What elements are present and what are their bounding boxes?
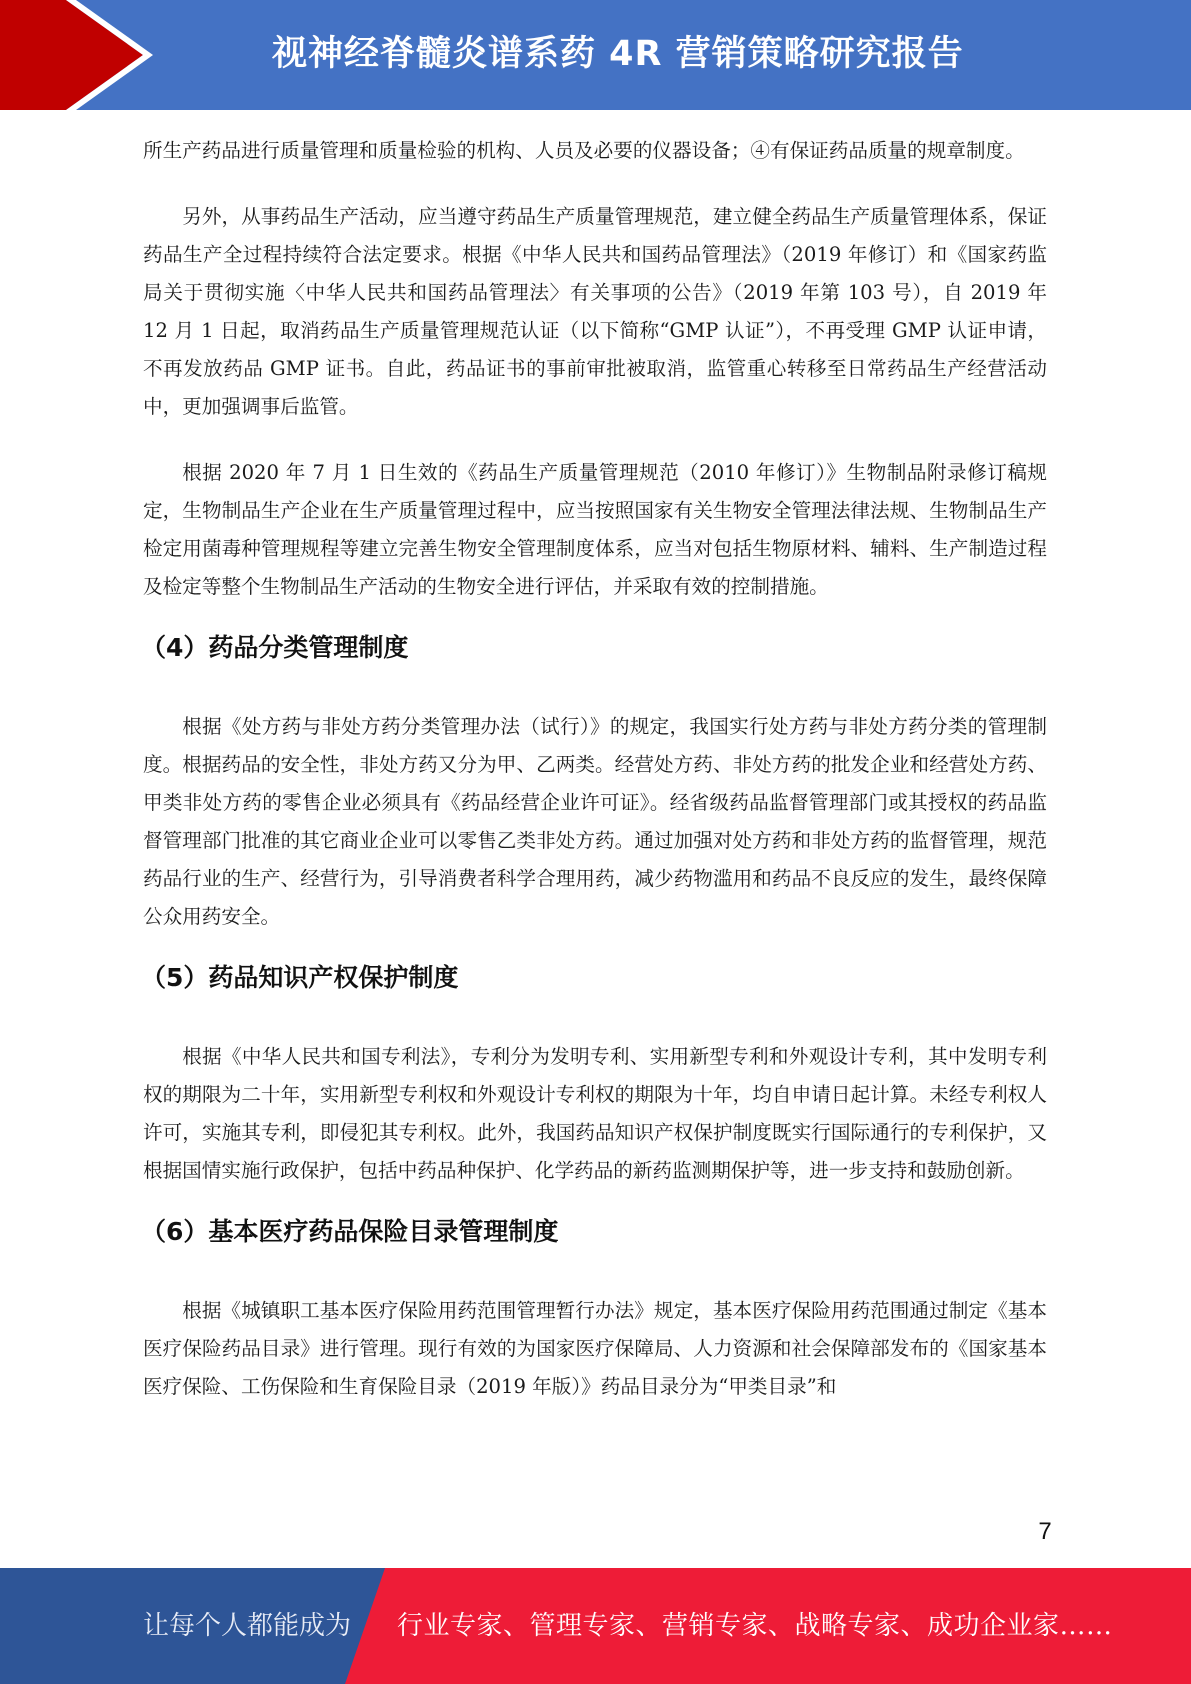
section-5-text: 根据《中华人民共和国专利法》，专利分为发明专利、实用新型专利和外观设计专利，其中… bbox=[143, 1038, 1047, 1190]
page-number: 7 bbox=[1030, 1518, 1060, 1546]
report-title: 视神经脊髓炎谱系药 4R 营销策略研究报告 bbox=[272, 28, 964, 80]
page-footer: 让每个人都能成为 行业专家、管理专家、营销专家、战略专家、成功企业家…… bbox=[0, 1568, 1191, 1684]
paragraph-biologics: 根据 2020 年 7 月 1 日生效的《药品生产质量管理规范（2010 年修订… bbox=[143, 454, 1047, 606]
footer-slogan-right: 行业专家、管理专家、营销专家、战略专家、成功企业家…… bbox=[397, 1604, 1113, 1648]
page-header: 视神经脊髓炎谱系药 4R 营销策略研究报告 bbox=[0, 0, 1191, 110]
paragraph-continued: 所生产药品进行质量管理和质量检验的机构、人员及必要的仪器设备；④有保证药品质量的… bbox=[143, 132, 1047, 170]
red-arrow-decoration bbox=[0, 0, 200, 110]
section-6-text: 根据《城镇职工基本医疗保险用药范围管理暂行办法》规定，基本医疗保险用药范围通过制… bbox=[143, 1292, 1047, 1406]
section-heading-5: （5）药品知识产权保护制度 bbox=[141, 958, 1047, 998]
section-heading-4: （4）药品分类管理制度 bbox=[141, 628, 1047, 668]
footer-slogan-left: 让每个人都能成为 bbox=[143, 1604, 351, 1648]
section-heading-6: （6）基本医疗药品保险目录管理制度 bbox=[141, 1212, 1047, 1252]
document-body: 所生产药品进行质量管理和质量检验的机构、人员及必要的仪器设备；④有保证药品质量的… bbox=[143, 132, 1047, 1406]
paragraph-gmp: 另外，从事药品生产活动，应当遵守药品生产质量管理规范，建立健全药品生产质量管理体… bbox=[143, 198, 1047, 426]
section-4-text: 根据《处方药与非处方药分类管理办法（试行）》的规定，我国实行处方药与非处方药分类… bbox=[143, 708, 1047, 936]
